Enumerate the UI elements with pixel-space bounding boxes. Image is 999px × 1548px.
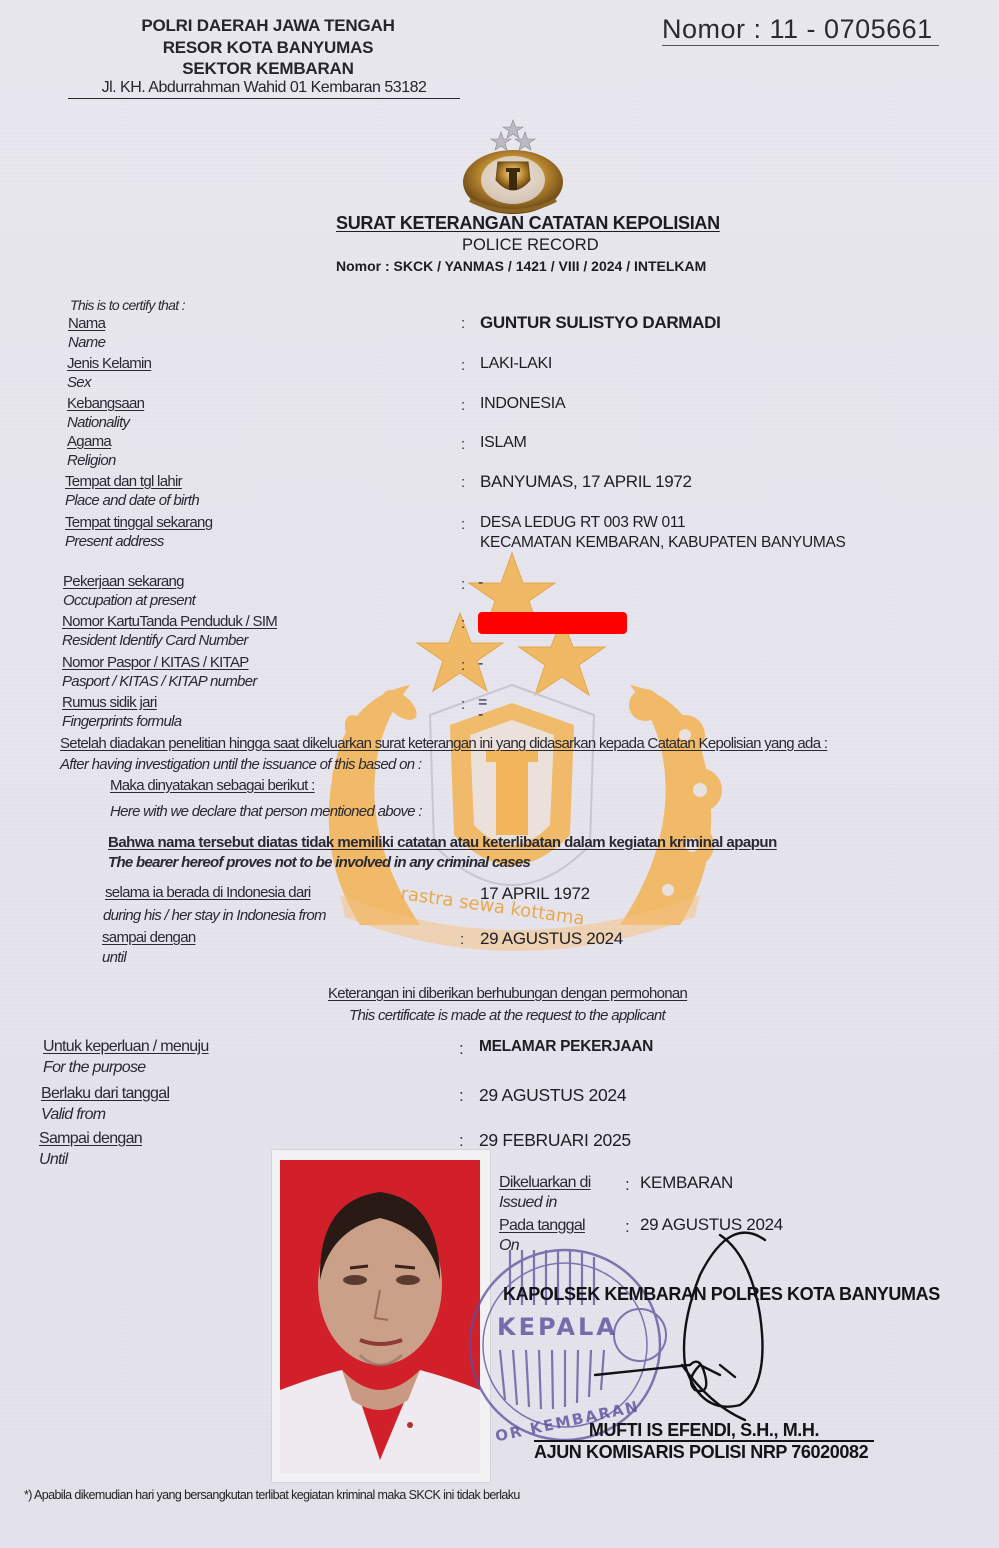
agency-line-2: RESOR KOTA BANYUMAS (58, 38, 478, 58)
field-value: - (478, 655, 483, 673)
field-label-english: Place and date of birth (65, 492, 199, 509)
field-label-english: Pasport / KITAS / KITAP number (62, 673, 257, 690)
stay-from-label-english: during his / her stay in Indonesia from (103, 907, 326, 924)
request-note-english: This certificate is made at the request … (349, 1007, 665, 1024)
field-value: BANYUMAS, 17 APRIL 1972 (480, 472, 692, 492)
colon: : (461, 397, 465, 414)
colon: : (461, 615, 465, 632)
signatory-name: MUFTI IS EFENDI, S.H., M.H. (534, 1420, 874, 1442)
colon: : (461, 657, 465, 674)
agency-line-3: SEKTOR KEMBARAN (58, 59, 478, 79)
field-label-english: Name (68, 334, 105, 351)
validity-value: MELAMAR PEKERJAAN (479, 1038, 653, 1056)
issued-place-label-english: Issued in (499, 1194, 557, 1212)
issued-place-label: Dikeluarkan di (499, 1174, 591, 1192)
field-label: Nomor Paspor / KITAS / KITAP (62, 654, 249, 671)
investigation-statement: Setelah diadakan penelitian hingga saat … (60, 735, 827, 752)
field-label-english: Occupation at present (63, 592, 195, 609)
colon: : (461, 516, 465, 533)
declaration-label: Maka dinyatakan sebagai berikut : (110, 777, 315, 794)
validity-label-english: Valid from (41, 1106, 105, 1124)
agency-address: Jl. KH. Abdurrahman Wahid 01 Kembaran 53… (68, 79, 460, 99)
field-label: Pekerjaan sekarang (63, 573, 184, 590)
field-label: Rumus sidik jari (62, 694, 157, 711)
field-value: LAKI-LAKI (480, 355, 552, 373)
field-label-english: Resident Identify Card Number (62, 632, 248, 649)
colon: : (461, 357, 465, 374)
field-label-english: Nationality (67, 414, 129, 431)
field-value: ISLAM (480, 434, 527, 452)
colon: : (461, 474, 465, 491)
field-value-line-2: KECAMATAN KEMBARAN, KABUPATEN BANYUMAS (480, 534, 846, 552)
stay-until-label-english: until (102, 949, 126, 966)
person-portrait-icon (280, 1160, 480, 1474)
colon: : (461, 436, 465, 453)
colon: : (459, 1086, 464, 1106)
investigation-statement-english: After having investigation until the iss… (60, 756, 421, 773)
document-title: SURAT KETERANGAN CATATAN KEPOLISIAN (336, 213, 720, 234)
declaration-label-english: Here with we declare that person mention… (110, 803, 422, 820)
validity-value: 29 FEBRUARI 2025 (479, 1130, 631, 1151)
field-value: DESA LEDUG RT 003 RW 011 (480, 514, 685, 532)
colon: : (461, 576, 465, 593)
field-label-english: Present address (65, 533, 164, 550)
field-label: Tempat tinggal sekarang (65, 514, 212, 531)
field-value: - (478, 574, 483, 592)
field-label-english: Fingerprints formula (62, 713, 181, 730)
field-label-english: Sex (67, 374, 91, 391)
validity-label: Sampai dengan (39, 1130, 142, 1148)
document-title-english: POLICE RECORD (462, 236, 599, 255)
signature-icon (570, 1215, 800, 1425)
police-emblem-icon (458, 118, 568, 218)
colon: : (625, 1175, 630, 1195)
stay-until-label: sampai dengan (102, 929, 195, 946)
validity-value: 29 AGUSTUS 2024 (479, 1085, 626, 1106)
clearance-result: Bahwa nama tersebut diatas tidak memilik… (108, 834, 777, 851)
stay-until-value: 29 AGUSTUS 2024 (480, 929, 623, 949)
field-value-line-2: - (478, 706, 483, 724)
serial-value: 11 - 0705661 (770, 14, 933, 44)
colon: : (461, 696, 465, 713)
field-label: Nomor KartuTanda Penduduk / SIM (62, 613, 277, 630)
validity-label-english: For the purpose (43, 1059, 145, 1077)
serial-label: Nomor (662, 14, 746, 44)
certify-intro: This is to certify that : (70, 297, 185, 313)
request-note: Keterangan ini diberikan berhubungan den… (328, 985, 687, 1002)
signatory-rank: AJUN KOMISARIS POLISI NRP 76020082 (534, 1442, 868, 1463)
colon: : (461, 315, 465, 332)
document-number: Nomor : SKCK / YANMAS / 1421 / VIII / 20… (336, 258, 706, 274)
field-label-english: Religion (67, 452, 116, 469)
colon: : (459, 1039, 464, 1059)
validity-label-english: Until (39, 1151, 68, 1169)
field-label: Kebangsaan (67, 395, 144, 412)
serial-number: Nomor : 11 - 0705661 (662, 14, 939, 46)
field-label: Jenis Kelamin (67, 355, 151, 372)
clearance-result-english: The bearer hereof proves not to be invol… (108, 854, 530, 871)
stay-from-value: 17 APRIL 1972 (480, 884, 590, 904)
colon: : (459, 1131, 464, 1151)
field-label: Nama (68, 315, 105, 332)
field-value: GUNTUR SULISTYO DARMADI (480, 313, 721, 333)
field-label: Tempat dan tgl lahir (65, 473, 182, 490)
validity-label: Untuk keperluan / menuju (43, 1038, 209, 1056)
validity-label: Berlaku dari tanggal (41, 1085, 169, 1103)
field-label: Agama (67, 433, 111, 450)
applicant-photo (280, 1160, 480, 1474)
agency-line-1: POLRI DAERAH JAWA TENGAH (58, 16, 478, 36)
stay-from-label: selama ia berada di Indonesia dari (105, 884, 311, 901)
footnote: *) Apabila dikemudian hari yang bersangk… (24, 1488, 520, 1502)
redacted-id-number (478, 612, 627, 634)
colon: : (460, 931, 464, 948)
issued-place-value: KEMBARAN (640, 1173, 733, 1193)
police-record-document: POLRI DAERAH JAWA TENGAH RESOR KOTA BANY… (0, 0, 999, 1548)
field-value: INDONESIA (480, 395, 565, 413)
